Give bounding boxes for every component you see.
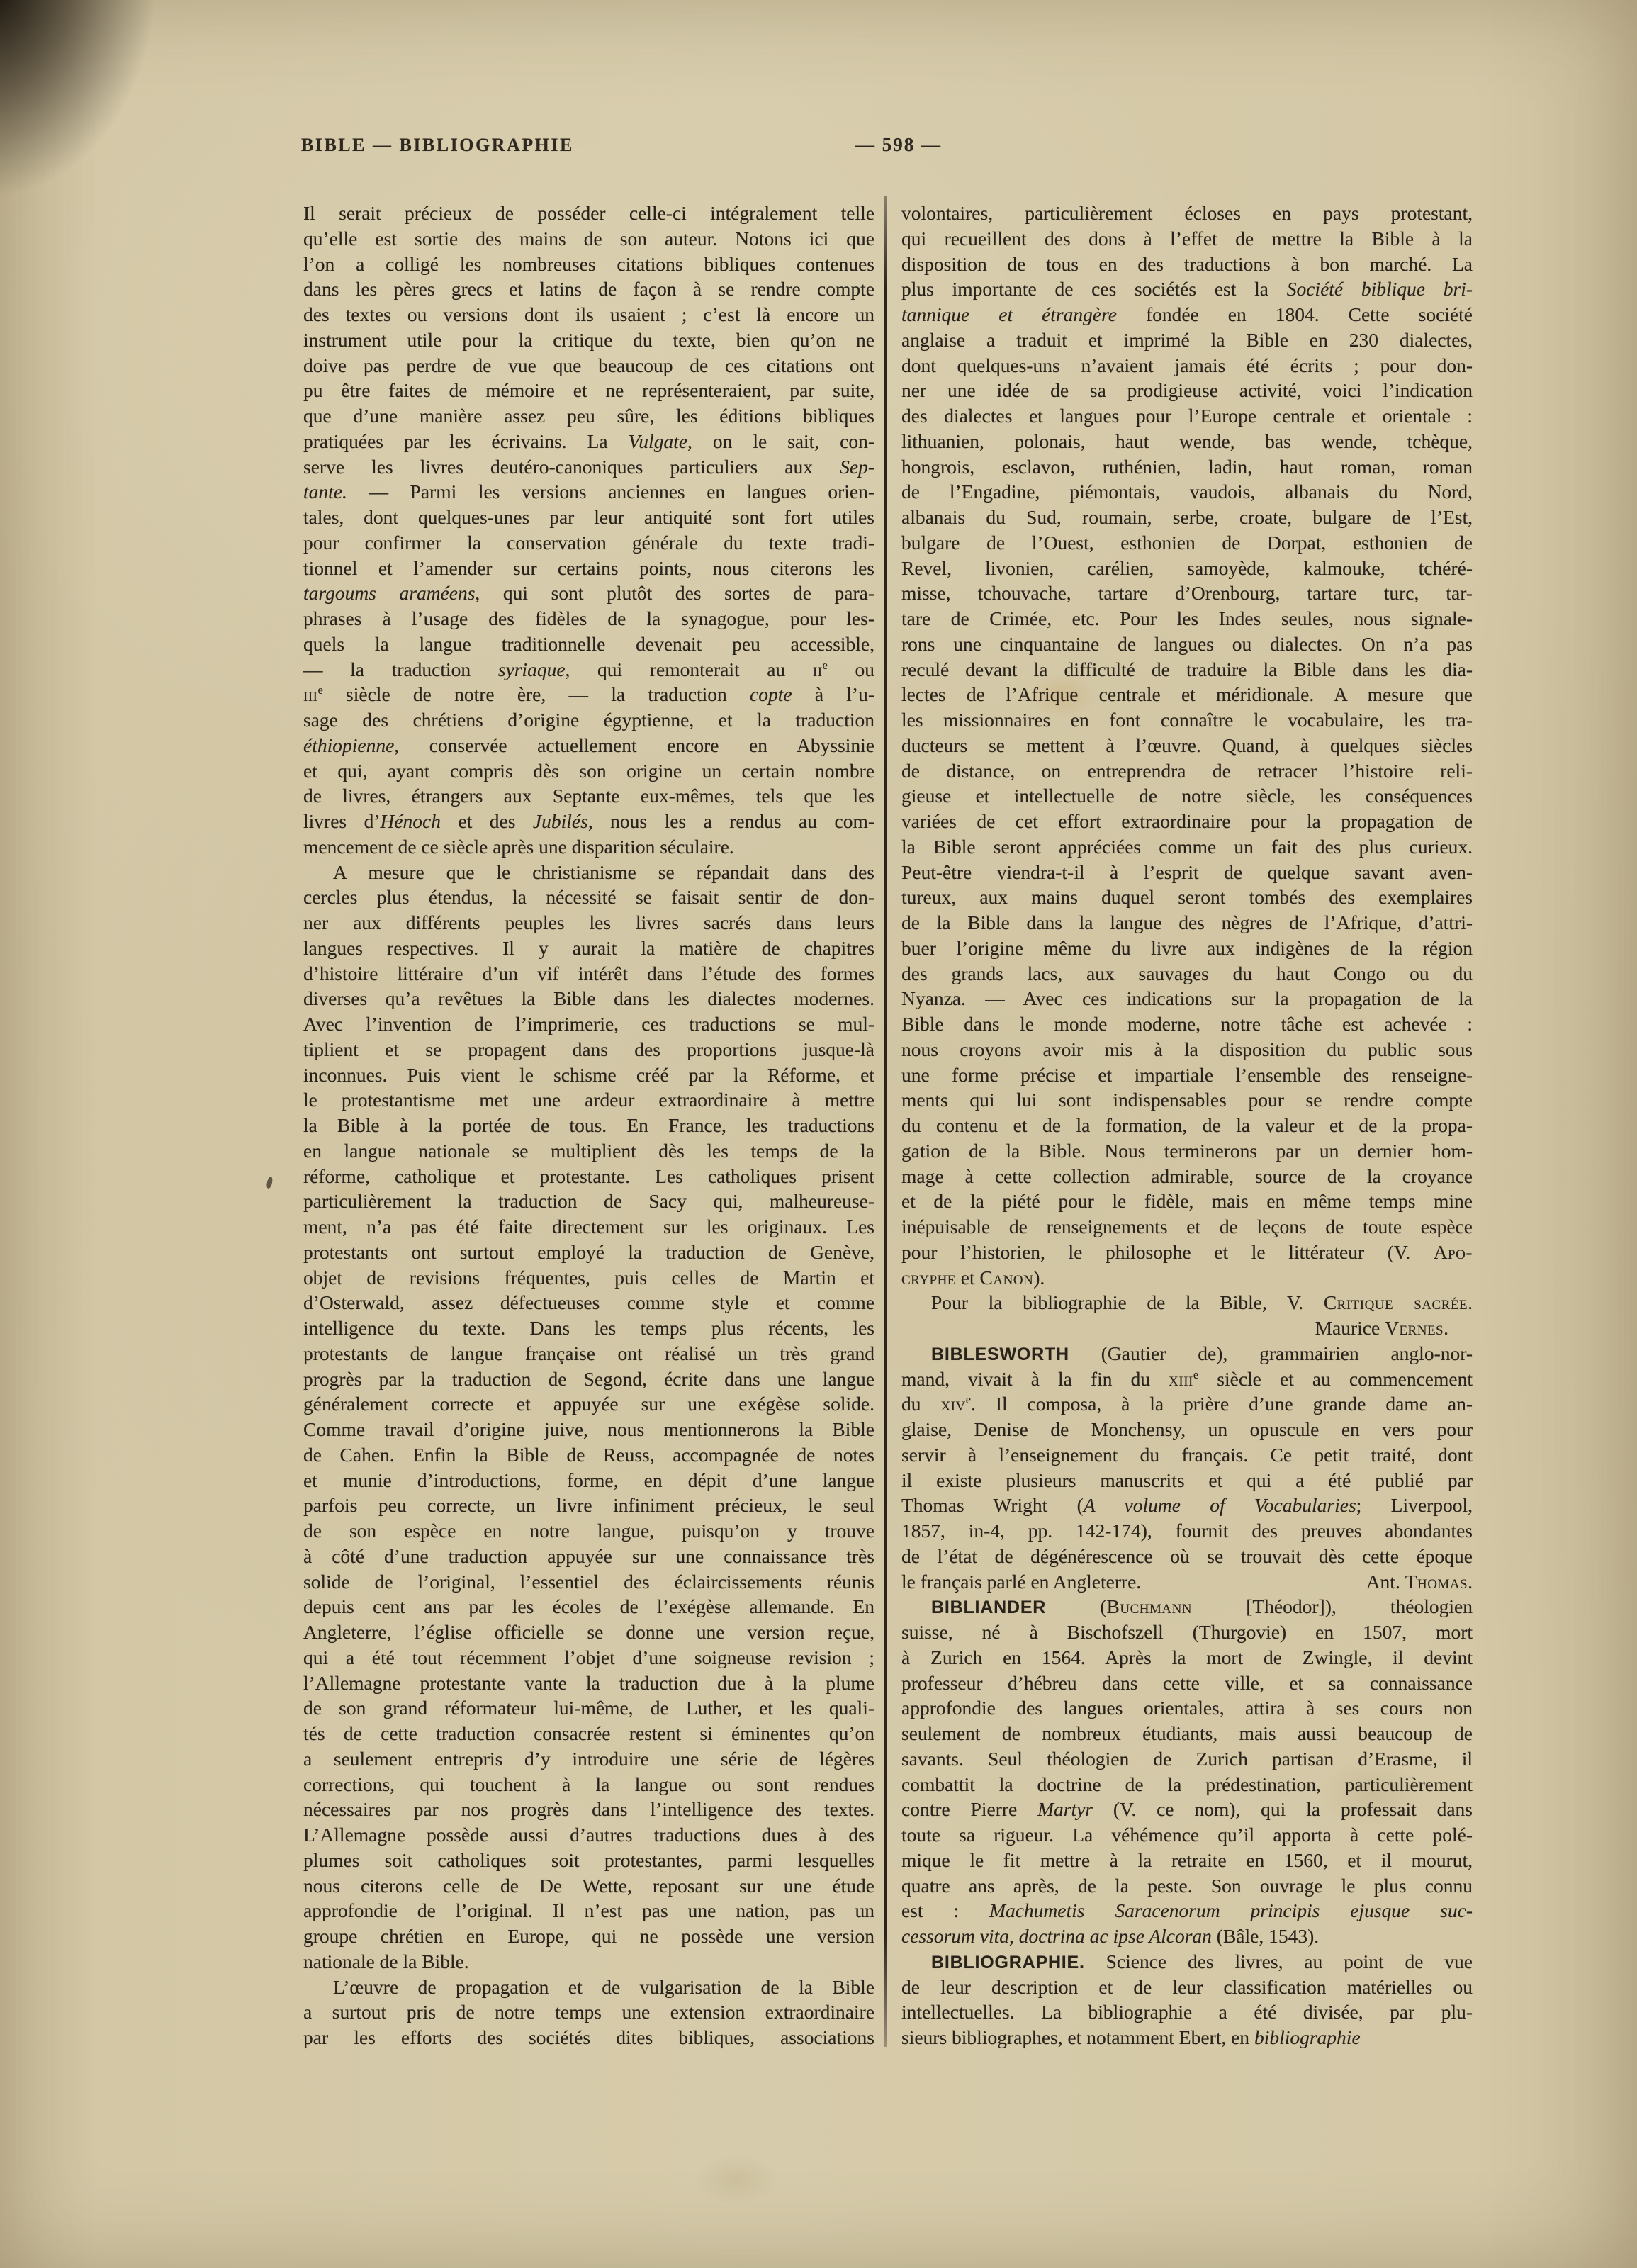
text-segment: xiv (940, 1393, 965, 1415)
text-line: pratiquées par les écrivains. La Vulgate… (303, 429, 874, 454)
text-segment: Science des livres, au point de vue (1085, 1950, 1473, 1972)
text-segment: copte (750, 683, 792, 705)
text-line: des dialectes et langues pour l’Europe c… (901, 403, 1473, 429)
text-line: disposition de tous en des traductions à… (901, 252, 1473, 277)
text-segment: siècle de notre ère, — la traduction (323, 683, 750, 705)
text-segment: qui a été tout récemment l’objet d’une s… (303, 1646, 874, 1668)
text-line: est : Machumetis Saracenorum principis e… (901, 1898, 1473, 1924)
text-segment: et qui, ayant compris dès son origine un… (303, 760, 874, 782)
text-segment: pour l’historien, le philosophe et le li… (901, 1241, 1434, 1263)
column-right: volontaires, particulièrement écloses en… (901, 201, 1473, 2050)
text-line: qui a été tout récemment l’objet d’une s… (303, 1645, 874, 1671)
text-line: tiplient et se propagent dans des propor… (303, 1037, 874, 1062)
text-segment: de leur description et de leur classific… (901, 1976, 1473, 1998)
text-segment: ment, n’a pas été faite directement sur … (303, 1216, 874, 1237)
text-segment: . (1468, 1571, 1473, 1593)
running-title: BIBLE — BIBLIOGRAPHIE (301, 135, 574, 156)
text-line: contre Pierre Martyr (V. ce nom), qui la… (901, 1797, 1473, 1822)
text-segment: inépuisable de renseignements et de leço… (901, 1216, 1473, 1237)
text-segment: e (966, 1393, 971, 1406)
text-segment: réforme, catholique et protestante. Les … (303, 1165, 874, 1187)
text-line: le français parlé en Angleterre.Ant. Tho… (901, 1569, 1473, 1595)
text-line: réforme, catholique et protestante. Les … (303, 1164, 874, 1189)
text-segment: Apo- (1434, 1241, 1473, 1263)
text-line: inépuisable de renseignements et de leço… (901, 1214, 1473, 1240)
text-segment: — la traduction (303, 658, 498, 680)
text-segment: , conservée actuellement encore en Abyss… (394, 734, 874, 756)
text-segment: inconnues. Puis vient le schisme créé pa… (303, 1064, 874, 1086)
text-line: reculé devant la difficulté de traduire … (901, 657, 1473, 683)
text-line: volontaires, particulièrement écloses en… (901, 201, 1473, 226)
text-segment: disposition de tous en des traductions à… (901, 253, 1473, 275)
text-segment: Comme travail d’origine juive, nous ment… (303, 1418, 874, 1440)
text-line: tionnel et l’amender sur certains points… (303, 556, 874, 581)
text-line: pour l’historien, le philosophe et le li… (901, 1240, 1473, 1265)
page-number: — 598 — (814, 134, 984, 156)
text-line: d’Osterwald, assez défectueuses comme st… (303, 1290, 874, 1315)
text-line: nous croyons avoir mis à la disposition … (901, 1037, 1473, 1062)
text-segment: de la Bible dans la langue des nègres de… (901, 911, 1473, 933)
text-segment: il existe plusieurs manuscrits et qui a … (901, 1469, 1473, 1491)
text-segment: A volume of Vocabularies (1084, 1494, 1356, 1516)
text-line: protestants de langue française ont réal… (303, 1341, 874, 1366)
text-segment: quels la langue traditionnelle devenait … (303, 633, 874, 655)
text-segment: lectes de l’Afrique centrale et méridion… (901, 683, 1473, 705)
text-segment: de l’état de dégénérescence où se trouva… (901, 1545, 1473, 1567)
text-segment: savants. Seul théologien de Zurich parti… (901, 1748, 1473, 1770)
text-line: tare de Crimée, etc. Pour les Indes seul… (901, 606, 1473, 631)
text-line: de l’Engadine, piémontais, vaudois, alba… (901, 479, 1473, 505)
text-segment: Il serait précieux de posséder celle-ci … (303, 202, 874, 224)
text-line: ment, n’a pas été faite directement sur … (303, 1214, 874, 1240)
text-segment: de distance, on entreprendra de retracer… (901, 760, 1473, 782)
text-line: tureux, aux mains duquel seront tombés d… (901, 885, 1473, 910)
text-line: mage à cette collection admirable, sourc… (901, 1164, 1473, 1189)
text-segment: Angleterre, l’église officielle se donne… (303, 1621, 874, 1643)
text-segment: progrès par la traduction de Segond, écr… (303, 1368, 874, 1390)
text-segment: ducteurs se mettent à l’œuvre. Quand, à … (901, 734, 1473, 756)
text-line: de son grand réformateur lui-même, de Lu… (303, 1695, 874, 1721)
text-segment: Vernes (1385, 1317, 1444, 1339)
text-segment: objet de revisions fréquentes, puis cell… (303, 1267, 874, 1289)
text-line: instrument utile pour la critique du tex… (303, 327, 874, 353)
text-segment: et de la piété pour le fidèle, mais en m… (901, 1190, 1473, 1212)
text-line: et de la piété pour le fidèle, mais en m… (901, 1189, 1473, 1214)
text-segment: ( (1046, 1595, 1106, 1617)
text-line: anglaise a traduit et imprimé la Bible e… (901, 327, 1473, 353)
text-segment: Hénoch (380, 810, 441, 832)
text-segment: ner aux différents peuples les livres sa… (303, 911, 874, 933)
text-segment: cercles plus étendus, la nécessité se fa… (303, 886, 874, 908)
text-segment: les missionnaires en font connaître le v… (901, 709, 1473, 731)
text-line: pour confirmer la conservation générale … (303, 530, 874, 556)
text-segment: reculé devant la difficulté de traduire … (901, 658, 1473, 680)
text-segment: bibliographie (1254, 2026, 1361, 2048)
text-line: buer l’origine même du livre aux indigèn… (901, 936, 1473, 961)
text-segment: à Zurich en 1564. Après la mort de Zwing… (901, 1646, 1473, 1668)
text-line: nécessaires par nos progrès dans l’intel… (303, 1797, 874, 1822)
text-segment: protestants ont surtout employé la tradu… (303, 1241, 874, 1263)
text-segment: parfois peu correcte, un livre infinimen… (303, 1494, 874, 1516)
text-segment: du (901, 1393, 940, 1415)
text-segment: BIBLIOGRAPHIE. (931, 1953, 1085, 1972)
text-segment: . (1444, 1317, 1448, 1339)
text-segment: , qui sont plutôt des sortes de para- (475, 582, 874, 604)
text-segment: cessorum vita, doctrina ac ipse Alcoran (901, 1925, 1212, 1947)
text-line: tannique et étrangère fondée en 1804. Ce… (901, 302, 1473, 327)
text-line: d’histoire littéraire d’un vif intérêt d… (303, 961, 874, 987)
text-line: serve les livres deutéro-canoniques part… (303, 454, 874, 480)
text-line: L’œuvre de propagation et de vulgarisati… (303, 1975, 874, 2000)
text-segment: cryphe (901, 1267, 956, 1289)
text-segment: approfondie de l’original. Il n’est pas … (303, 1899, 874, 1921)
text-line: hongrois, esclavon, ruthénien, ladin, ha… (901, 454, 1473, 480)
text-segment: une forme précise et impartiale l’ensemb… (901, 1064, 1473, 1086)
text-line: l’on a colligé les nombreuses citations … (303, 252, 874, 277)
text-line: du xive. Il composa, à la prière d’une g… (901, 1391, 1473, 1417)
text-segment: de l’Engadine, piémontais, vaudois, alba… (901, 481, 1473, 503)
text-line: approfondie de l’original. Il n’est pas … (303, 1898, 874, 1924)
text-line: à côté d’une traduction appuyée sur une … (303, 1544, 874, 1569)
text-segment: sage des chrétiens d’origine égyptienne,… (303, 709, 874, 731)
text-line: qui recueillent des dons à l’effet de me… (901, 226, 1473, 252)
text-line: Revel, livonien, carélien, samoyède, kal… (901, 556, 1473, 581)
text-line: iiie siècle de notre ère, — la traductio… (303, 682, 874, 707)
text-segment: targoums araméens (303, 582, 475, 604)
text-segment: gation de la Bible. Nous terminerons par… (901, 1140, 1473, 1162)
text-line: particulièrement la traduction de Sacy q… (303, 1189, 874, 1214)
text-line: diverses qu’a revêtues la Bible dans les… (303, 986, 874, 1011)
text-segment: bulgare de l’Ouest, esthonien de Dorpat,… (901, 532, 1473, 554)
text-segment: nationale de la Bible. (303, 1950, 469, 1972)
text-segment: des dialectes et langues pour l’Europe c… (901, 405, 1473, 427)
text-line: de l’état de dégénérescence où se trouva… (901, 1544, 1473, 1569)
text-line: de son espèce en notre langue, puisqu’on… (303, 1518, 874, 1544)
text-segment: l’Allemagne protestante vante la traduct… (303, 1672, 874, 1694)
text-line: la Bible à la portée de tous. En France,… (303, 1113, 874, 1138)
text-line: ducteurs se mettent à l’œuvre. Quand, à … (901, 733, 1473, 758)
text-line: Comme travail d’origine juive, nous ment… (303, 1417, 874, 1442)
text-segment: A mesure que le christianisme se répanda… (333, 861, 874, 883)
text-line: rons une cinquantaine de langues ou dial… (901, 631, 1473, 657)
text-segment: corrections, qui touchent à la langue ou… (303, 1773, 874, 1795)
column-divider-rule (884, 196, 887, 2047)
text-segment: Ant. (1366, 1571, 1405, 1593)
text-line: Nyanza. — Avec ces indications sur la pr… (901, 986, 1473, 1011)
text-line: mique le fit mettre à la retraite en 156… (901, 1848, 1473, 1873)
text-segment: , on le sait, con- (687, 430, 874, 452)
text-line: sieurs bibliographes, et notamment Ebert… (901, 2025, 1473, 2050)
text-line: cryphe et Canon). (901, 1265, 1473, 1291)
text-line: Angleterre, l’église officielle se donne… (303, 1619, 874, 1645)
text-segment: ou (828, 658, 874, 680)
text-segment: le français parlé en Angleterre. (901, 1571, 1141, 1593)
text-segment: misse, tchouvache, tartare d’Orenbourg, … (901, 582, 1473, 604)
text-segment: seulement de nombreux étudiants, mais au… (901, 1722, 1473, 1744)
text-segment: fondée en 1804. Cette société (1117, 303, 1473, 325)
text-line: ner aux différents peuples les livres sa… (303, 910, 874, 936)
text-line: seulement de nombreux étudiants, mais au… (901, 1721, 1473, 1746)
text-line: ments qui lui sont indispensables pour s… (901, 1087, 1473, 1113)
paper-stain (694, 2155, 780, 2204)
text-segment: tales, dont quelques-unes par leur antiq… (303, 506, 874, 528)
text-line: toute sa rigueur. La véhémence qu’il app… (901, 1822, 1473, 1848)
text-segment: Avec l’invention de l’imprimerie, ces tr… (303, 1013, 874, 1035)
text-segment: des grands lacs, aux sauvages du haut Co… (901, 962, 1473, 984)
text-line: cercles plus étendus, la nécessité se fa… (303, 885, 874, 910)
text-line: progrès par la traduction de Segond, écr… (303, 1366, 874, 1392)
text-line: — la traduction syriaque, qui remonterai… (303, 657, 874, 683)
text-segment: à l’u- (792, 683, 874, 705)
text-segment: et munie d’introductions, forme, en dépi… (303, 1469, 874, 1491)
text-line: solide de l’original, l’essentiel des éc… (303, 1569, 874, 1595)
text-segment: tare de Crimée, etc. Pour les Indes seul… (901, 607, 1473, 629)
text-segment: iii (303, 683, 317, 705)
text-line: quels la langue traditionnelle devenait … (303, 631, 874, 657)
text-segment: de Cahen. Enfin la Bible de Reuss, accom… (303, 1444, 874, 1466)
text-segment: (V. ce nom), qui la professait dans (1093, 1798, 1473, 1820)
text-segment: approfondie des langues orientales, atti… (901, 1697, 1473, 1719)
text-segment: que d’une manière assez peu sûre, les éd… (303, 405, 874, 427)
text-segment: albanais du Sud, roumain, serbe, croate,… (901, 506, 1473, 528)
text-line: que d’une manière assez peu sûre, les éd… (303, 403, 874, 429)
page-header: BIBLE — BIBLIOGRAPHIE — 598 — (0, 0, 1637, 177)
text-segment: hongrois, esclavon, ruthénien, ladin, ha… (901, 456, 1473, 478)
text-segment: tante. (303, 481, 347, 503)
text-segment: professeur d’hébreu dans cette ville, et… (901, 1672, 1473, 1694)
text-line: a seulement entrepris d’y introduire une… (303, 1746, 874, 1772)
text-segment: la Bible à la portée de tous. En France,… (303, 1114, 874, 1136)
text-segment: rons une cinquantaine de langues ou dial… (901, 633, 1473, 655)
text-segment: particulièrement la traduction de Sacy q… (303, 1190, 874, 1212)
text-segment: servir à l’enseignement du français. Ce … (901, 1444, 1473, 1466)
text-line: quatre ans après, de la peste. Son ouvra… (901, 1873, 1473, 1899)
text-segment: 1857, in-4, pp. 142-174), fournit des pr… (901, 1520, 1473, 1542)
text-segment: Machumetis Saracenorum principis ejusque… (989, 1899, 1473, 1921)
text-segment: Jubilés (533, 810, 588, 832)
text-line: 1857, in-4, pp. 142-174), fournit des pr… (901, 1518, 1473, 1544)
text-segment: la Bible seront appréciées comme un fait… (901, 836, 1473, 858)
text-segment: du contenu et de la formation, de la val… (901, 1114, 1473, 1136)
text-line: la Bible seront appréciées comme un fait… (901, 834, 1473, 860)
text-segment: protestants de langue française ont réal… (303, 1342, 874, 1364)
text-line: professeur d’hébreu dans cette ville, et… (901, 1671, 1473, 1696)
text-segment: de livres, étrangers aux Septante eux-mê… (303, 785, 874, 807)
text-line: généralement correcte et appuyée sur une… (303, 1391, 874, 1417)
text-segment: qui recueillent des dons à l’effet de me… (901, 228, 1473, 249)
text-segment: tureux, aux mains duquel seront tombés d… (901, 886, 1473, 908)
text-segment: Buchmann (1107, 1595, 1193, 1617)
text-line: de leur description et de leur classific… (901, 1975, 1473, 2000)
text-segment: Bible dans le monde moderne, notre tâche… (901, 1013, 1473, 1035)
text-segment: Thomas (1405, 1571, 1468, 1593)
text-line: sage des chrétiens d’origine égyptienne,… (303, 707, 874, 733)
text-segment: L’Allemagne possède aussi d’autres tradu… (303, 1824, 874, 1846)
text-segment: serve les livres deutéro-canoniques part… (303, 456, 840, 478)
text-line: du contenu et de la formation, de la val… (901, 1113, 1473, 1138)
text-segment: et des (441, 810, 533, 832)
text-segment: Nyanza. — Avec ces indications sur la pr… (901, 987, 1473, 1009)
text-line: de distance, on entreprendra de retracer… (901, 758, 1473, 784)
text-line: ner une idée de sa prodigieuse activité,… (901, 378, 1473, 403)
text-line: a surtout pris de notre temps une extens… (303, 1999, 874, 2025)
text-segment: mique le fit mettre à la retraite en 156… (901, 1849, 1473, 1871)
text-segment: tiplient et se propagent dans des propor… (303, 1038, 874, 1060)
text-line: nous citerons celle de De Wette, reposan… (303, 1873, 874, 1899)
text-segment: Peut-être viendra-t-il à l’esprit de que… (901, 861, 1473, 883)
text-line: il existe plusieurs manuscrits et qui a … (901, 1468, 1473, 1493)
text-line: savants. Seul théologien de Zurich parti… (901, 1746, 1473, 1772)
text-line: suisse, né à Bischofszell (Thurgovie) en… (901, 1619, 1473, 1645)
text-line: A mesure que le christianisme se répanda… (303, 860, 874, 885)
text-segment: , qui remonterait au (566, 658, 813, 680)
text-segment: ments qui lui sont indispensables pour s… (901, 1089, 1473, 1111)
text-segment: de son grand réformateur lui-même, de Lu… (303, 1697, 874, 1719)
text-segment: suisse, né à Bischofszell (Thurgovie) en… (901, 1621, 1473, 1643)
text-line: Maurice Vernes. (901, 1315, 1473, 1341)
text-segment: nécessaires par nos progrès dans l’intel… (303, 1798, 874, 1820)
text-segment: nous citerons celle de De Wette, reposan… (303, 1875, 874, 1897)
text-line: groupe chrétien en Europe, qui ne possèd… (303, 1924, 874, 1949)
text-line: à Zurich en 1564. Après la mort de Zwing… (901, 1645, 1473, 1671)
text-segment: pu être faites de mémoire et ne représen… (303, 379, 874, 401)
text-line: bulgare de l’Ouest, esthonien de Dorpat,… (901, 530, 1473, 556)
text-line: dans les pères grecs et latins de façon … (303, 276, 874, 302)
text-line: nationale de la Bible. (303, 1949, 874, 1975)
text-segment: mand, vivait à la fin du (901, 1368, 1169, 1390)
text-segment: en langue nationale se multiplient dès l… (303, 1140, 874, 1162)
text-segment: ). (1033, 1267, 1045, 1289)
text-segment: d’histoire littéraire d’un vif intérêt d… (303, 962, 874, 984)
text-line: BIBLIOGRAPHIE. Science des livres, au po… (901, 1949, 1473, 1975)
text-segment: e (317, 683, 322, 697)
text-segment: syriaque (498, 658, 566, 680)
scanned-page: BIBLE — BIBLIOGRAPHIE — 598 — Il serait … (0, 0, 1637, 2268)
text-line: Thomas Wright (A volume of Vocabularies;… (901, 1493, 1473, 1518)
text-segment: par les efforts des sociétés dites bibli… (303, 2026, 874, 2048)
text-segment: éthiopienne (303, 734, 394, 756)
text-segment: gieuse et intellectuelle de notre siècle… (901, 785, 1473, 807)
text-line: Avec l’invention de l’imprimerie, ces tr… (303, 1011, 874, 1037)
text-line: de livres, étrangers aux Septante eux-mê… (303, 783, 874, 809)
text-line: BIBLIANDER (Buchmann [Théodor]), théolog… (901, 1594, 1473, 1619)
text-segment: pratiquées par les écrivains. La (303, 430, 629, 452)
text-segment: livres d’ (303, 810, 380, 832)
text-line: par les efforts des sociétés dites bibli… (303, 2025, 874, 2050)
text-segment: Critique sacrée (1324, 1291, 1468, 1313)
text-segment: combattit la doctrine de la prédestinati… (901, 1773, 1473, 1795)
text-line: tales, dont quelques-unes par leur antiq… (303, 505, 874, 530)
ink-mark (266, 1176, 274, 1189)
text-line: des grands lacs, aux sauvages du haut Co… (901, 961, 1473, 987)
text-segment: tionnel et l’amender sur certains points… (303, 557, 874, 579)
text-segment: (Gautier de), grammairien anglo-nor- (1069, 1342, 1473, 1364)
text-segment: Martyr (1037, 1798, 1093, 1820)
text-segment: volontaires, particulièrement écloses en… (901, 202, 1473, 224)
text-line: servir à l’enseignement du français. Ce … (901, 1442, 1473, 1468)
text-segment: dont quelques-uns n’avaient jamais été é… (901, 354, 1473, 376)
text-segment: intellectuelles. La bibliographie a été … (901, 2001, 1473, 2023)
text-segment: diverses qu’a revêtues la Bible dans les… (303, 987, 874, 1009)
text-line: le protestantisme met une ardeur extraor… (303, 1087, 874, 1113)
text-line: mencement de ce siècle après une dispari… (303, 834, 874, 860)
text-line: dont quelques-uns n’avaient jamais été é… (901, 353, 1473, 378)
text-line: et munie d’introductions, forme, en dépi… (303, 1468, 874, 1493)
text-segment: mencement de ce siècle après une dispari… (303, 836, 734, 858)
text-segment: , nous les a rendus au com- (588, 810, 874, 832)
text-segment: dans les pères grecs et latins de façon … (303, 278, 874, 300)
text-line: approfondie des langues orientales, atti… (901, 1695, 1473, 1721)
text-line: les missionnaires en font connaître le v… (901, 707, 1473, 733)
text-segment: Revel, livonien, carélien, samoyède, kal… (901, 557, 1473, 579)
text-segment: quatre ans après, de la peste. Son ouvra… (901, 1875, 1473, 1897)
text-segment: ; Liverpool, (1356, 1494, 1473, 1516)
text-segment: le protestantisme met une ardeur extraor… (303, 1089, 874, 1111)
text-line: Peut-être viendra-t-il à l’esprit de que… (901, 860, 1473, 885)
text-segment: tés de cette traduction consacrée resten… (303, 1722, 874, 1744)
text-segment: BIBLESWORTH (931, 1344, 1069, 1364)
text-segment: sieurs bibliographes, et notamment Ebert… (901, 2026, 1254, 2048)
text-line: gieuse et intellectuelle de notre siècle… (901, 783, 1473, 809)
text-segment: intelligence du texte. Dans les temps pl… (303, 1317, 874, 1339)
text-line: protestants ont surtout employé la tradu… (303, 1240, 874, 1265)
text-line: Pour la bibliographie de la Bible, V. Cr… (901, 1290, 1473, 1315)
text-segment: des textes ou versions dont ils usaient … (303, 303, 874, 325)
text-line: albanais du Sud, roumain, serbe, croate,… (901, 505, 1473, 530)
text-line: pu être faites de mémoire et ne représen… (303, 378, 874, 403)
text-segment: e (823, 658, 828, 671)
text-segment: contre Pierre (901, 1798, 1037, 1820)
text-line: phrases à l’usage des fidèles de la syna… (303, 606, 874, 631)
text-line: livres d’Hénoch et des Jubilés, nous les… (303, 809, 874, 834)
text-segment: toute sa rigueur. La véhémence qu’il app… (901, 1824, 1473, 1846)
text-segment: ner une idée de sa prodigieuse activité,… (901, 379, 1473, 401)
text-line: lithuanien, polonais, haut wende, bas we… (901, 429, 1473, 454)
text-segment: à côté d’une traduction appuyée sur une … (303, 1545, 874, 1567)
text-segment: nous croyons avoir mis à la disposition … (901, 1038, 1473, 1060)
text-line: glaise, Denise de Monchensy, un opuscule… (901, 1417, 1473, 1442)
text-segment: est : (901, 1899, 989, 1921)
text-segment: plumes soit catholiques soit protestante… (303, 1849, 874, 1871)
text-segment: de son espèce en notre langue, puisqu’on… (303, 1520, 874, 1542)
text-segment: BIBLIANDER (931, 1598, 1046, 1617)
text-segment: langues respectives. Il y aurait la mati… (303, 937, 874, 959)
text-line: tante. — Parmi les versions anciennes en… (303, 479, 874, 505)
text-line: combattit la doctrine de la prédestinati… (901, 1772, 1473, 1797)
text-line: misse, tchouvache, tartare d’Orenbourg, … (901, 580, 1473, 606)
text-segment: a seulement entrepris d’y introduire une… (303, 1748, 874, 1770)
text-line: intelligence du texte. Dans les temps pl… (303, 1315, 874, 1341)
text-segment: Canon (980, 1267, 1034, 1289)
text-line: langues respectives. Il y aurait la mati… (303, 936, 874, 961)
text-segment: groupe chrétien en Europe, qui ne possèd… (303, 1925, 874, 1947)
text-line: BIBLESWORTH (Gautier de), grammairien an… (901, 1341, 1473, 1366)
text-line: targoums araméens, qui sont plutôt des s… (303, 580, 874, 606)
text-line: une forme précise et impartiale l’ensemb… (901, 1062, 1473, 1088)
text-line: parfois peu correcte, un livre infinimen… (303, 1493, 874, 1518)
text-line: inconnues. Puis vient le schisme créé pa… (303, 1062, 874, 1088)
text-line: variées de cet effort extraordinaire pou… (901, 809, 1473, 834)
text-segment: Maurice (1315, 1317, 1385, 1339)
text-segment: — Parmi les versions anciennes en langue… (347, 481, 874, 503)
text-segment: depuis cent ans par les écoles de l’exég… (303, 1595, 874, 1617)
text-line: éthiopienne, conservée actuellement enco… (303, 733, 874, 758)
text-line: L’Allemagne possède aussi d’autres tradu… (303, 1822, 874, 1848)
text-line: cessorum vita, doctrina ac ipse Alcoran … (901, 1924, 1473, 1949)
text-line: corrections, qui touchent à la langue ou… (303, 1772, 874, 1797)
text-segment: a surtout pris de notre temps une extens… (303, 2001, 874, 2023)
text-line: mand, vivait à la fin du xiiie siècle et… (901, 1366, 1473, 1392)
